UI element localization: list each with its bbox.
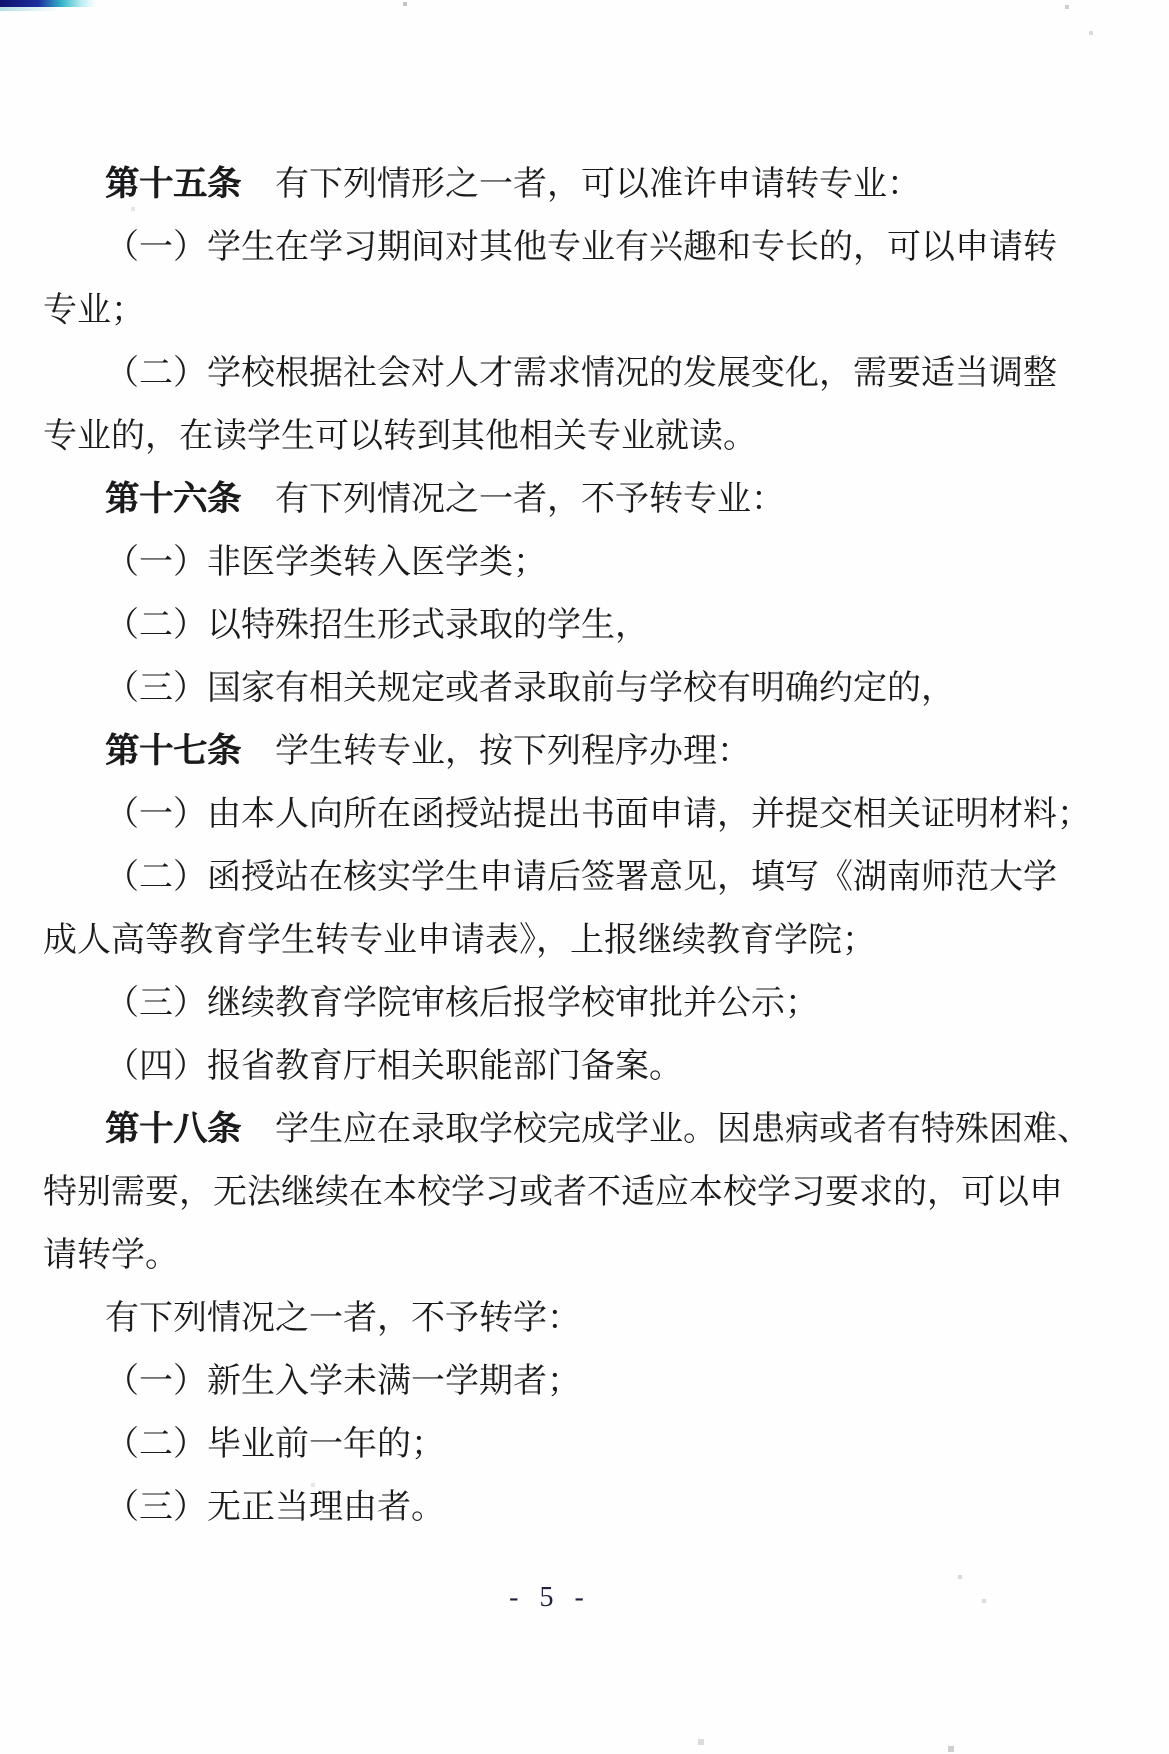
scanned-document-page: 第十五条 有下列情形之一者，可以准许申请转专业： （一）学生在学习期间对其他专业… [0,0,1169,1754]
text-line: 请转学。 [43,1224,1063,1287]
scanner-streak-artifact [0,0,96,7]
line-text: （二）学校根据社会对人才需求情况的发展变化，需要适当调整 [105,355,1057,392]
text-line: （三）无正当理由者。 [43,1476,1063,1539]
page-number: - 5 - [43,1582,1057,1614]
line-text: （二）毕业前一年的； [105,1426,445,1463]
line-text: （一）新生入学未满一学期者； [105,1363,581,1400]
text-line: （二）毕业前一年的； [43,1413,1063,1476]
line-text: 有下列情况之一者，不予转学： [105,1300,581,1337]
line-text: （一）学生在学习期间对其他专业有兴趣和专长的，可以申请转 [105,229,1057,266]
article-number: 第十六条 [105,481,241,518]
line-text: 成人高等教育学生转专业申请表》，上报继续教育学院； [43,922,876,959]
line-text: 学生应在录取学校完成学业。因患病或者有特殊困难、 [241,1111,1091,1148]
line-text: 学生转专业，按下列程序办理： [241,733,751,770]
article-number: 第十八条 [105,1111,241,1148]
text-line-article-18: 第十八条 学生应在录取学校完成学业。因患病或者有特殊困难、 [43,1098,1063,1161]
text-line-article-15: 第十五条 有下列情形之一者，可以准许申请转专业： [43,153,1063,216]
line-text: （一）由本人向所在函授站提出书面申请，并提交相关证明材料； [105,796,1091,833]
text-line: 有下列情况之一者，不予转学： [43,1287,1063,1350]
text-line: （三）继续教育学院审核后报学校审批并公示； [43,972,1063,1035]
text-line: （二）以特殊招生形式录取的学生， [43,594,1063,657]
line-text: （三）国家有相关规定或者录取前与学校有明确约定的， [105,670,955,707]
text-line: 专业的，在读学生可以转到其他相关专业就读。 [43,405,1063,468]
article-number: 第十七条 [105,733,241,770]
line-text: （三）继续教育学院审核后报学校审批并公示； [105,985,819,1022]
line-text: 有下列情况之一者，不予转专业： [241,481,785,518]
line-text: 特别需要，无法继续在本校学习或者不适应本校学习要求的，可以申 [43,1174,1063,1211]
text-line: （一）新生入学未满一学期者； [43,1350,1063,1413]
text-line: 专业； [43,279,1063,342]
text-line: 成人高等教育学生转专业申请表》，上报继续教育学院； [43,909,1063,972]
text-line: （一）非医学类转入医学类； [43,531,1063,594]
line-text: （四）报省教育厅相关职能部门备案。 [105,1048,683,1085]
text-line: （四）报省教育厅相关职能部门备案。 [43,1035,1063,1098]
text-line: （二）函授站在核实学生申请后签署意见，填写《湖南师范大学 [43,846,1063,909]
text-line: （一）由本人向所在函授站提出书面申请，并提交相关证明材料； [43,783,1063,846]
document-body: 第十五条 有下列情形之一者，可以准许申请转专业： （一）学生在学习期间对其他专业… [43,153,1063,1539]
line-text: 请转学。 [43,1237,179,1274]
text-line: （一）学生在学习期间对其他专业有兴趣和专长的，可以申请转 [43,216,1063,279]
line-text: （三）无正当理由者。 [105,1489,445,1526]
text-line-article-16: 第十六条 有下列情况之一者，不予转专业： [43,468,1063,531]
text-line-article-17: 第十七条 学生转专业，按下列程序办理： [43,720,1063,783]
scanner-streak-artifact-faint [0,7,60,11]
line-text: 专业； [43,292,145,329]
article-number: 第十五条 [105,166,241,203]
line-text: （二）以特殊招生形式录取的学生， [105,607,649,644]
text-line: （三）国家有相关规定或者录取前与学校有明确约定的， [43,657,1063,720]
scan-noise-specks [0,0,2,2]
text-line: （二）学校根据社会对人才需求情况的发展变化，需要适当调整 [43,342,1063,405]
line-text: 专业的，在读学生可以转到其他相关专业就读。 [43,418,757,455]
line-text: （二）函授站在核实学生申请后签署意见，填写《湖南师范大学 [105,859,1057,896]
text-line: 特别需要，无法继续在本校学习或者不适应本校学习要求的，可以申 [43,1161,1063,1224]
line-text: （一）非医学类转入医学类； [105,544,547,581]
line-text: 有下列情形之一者，可以准许申请转专业： [241,166,921,203]
